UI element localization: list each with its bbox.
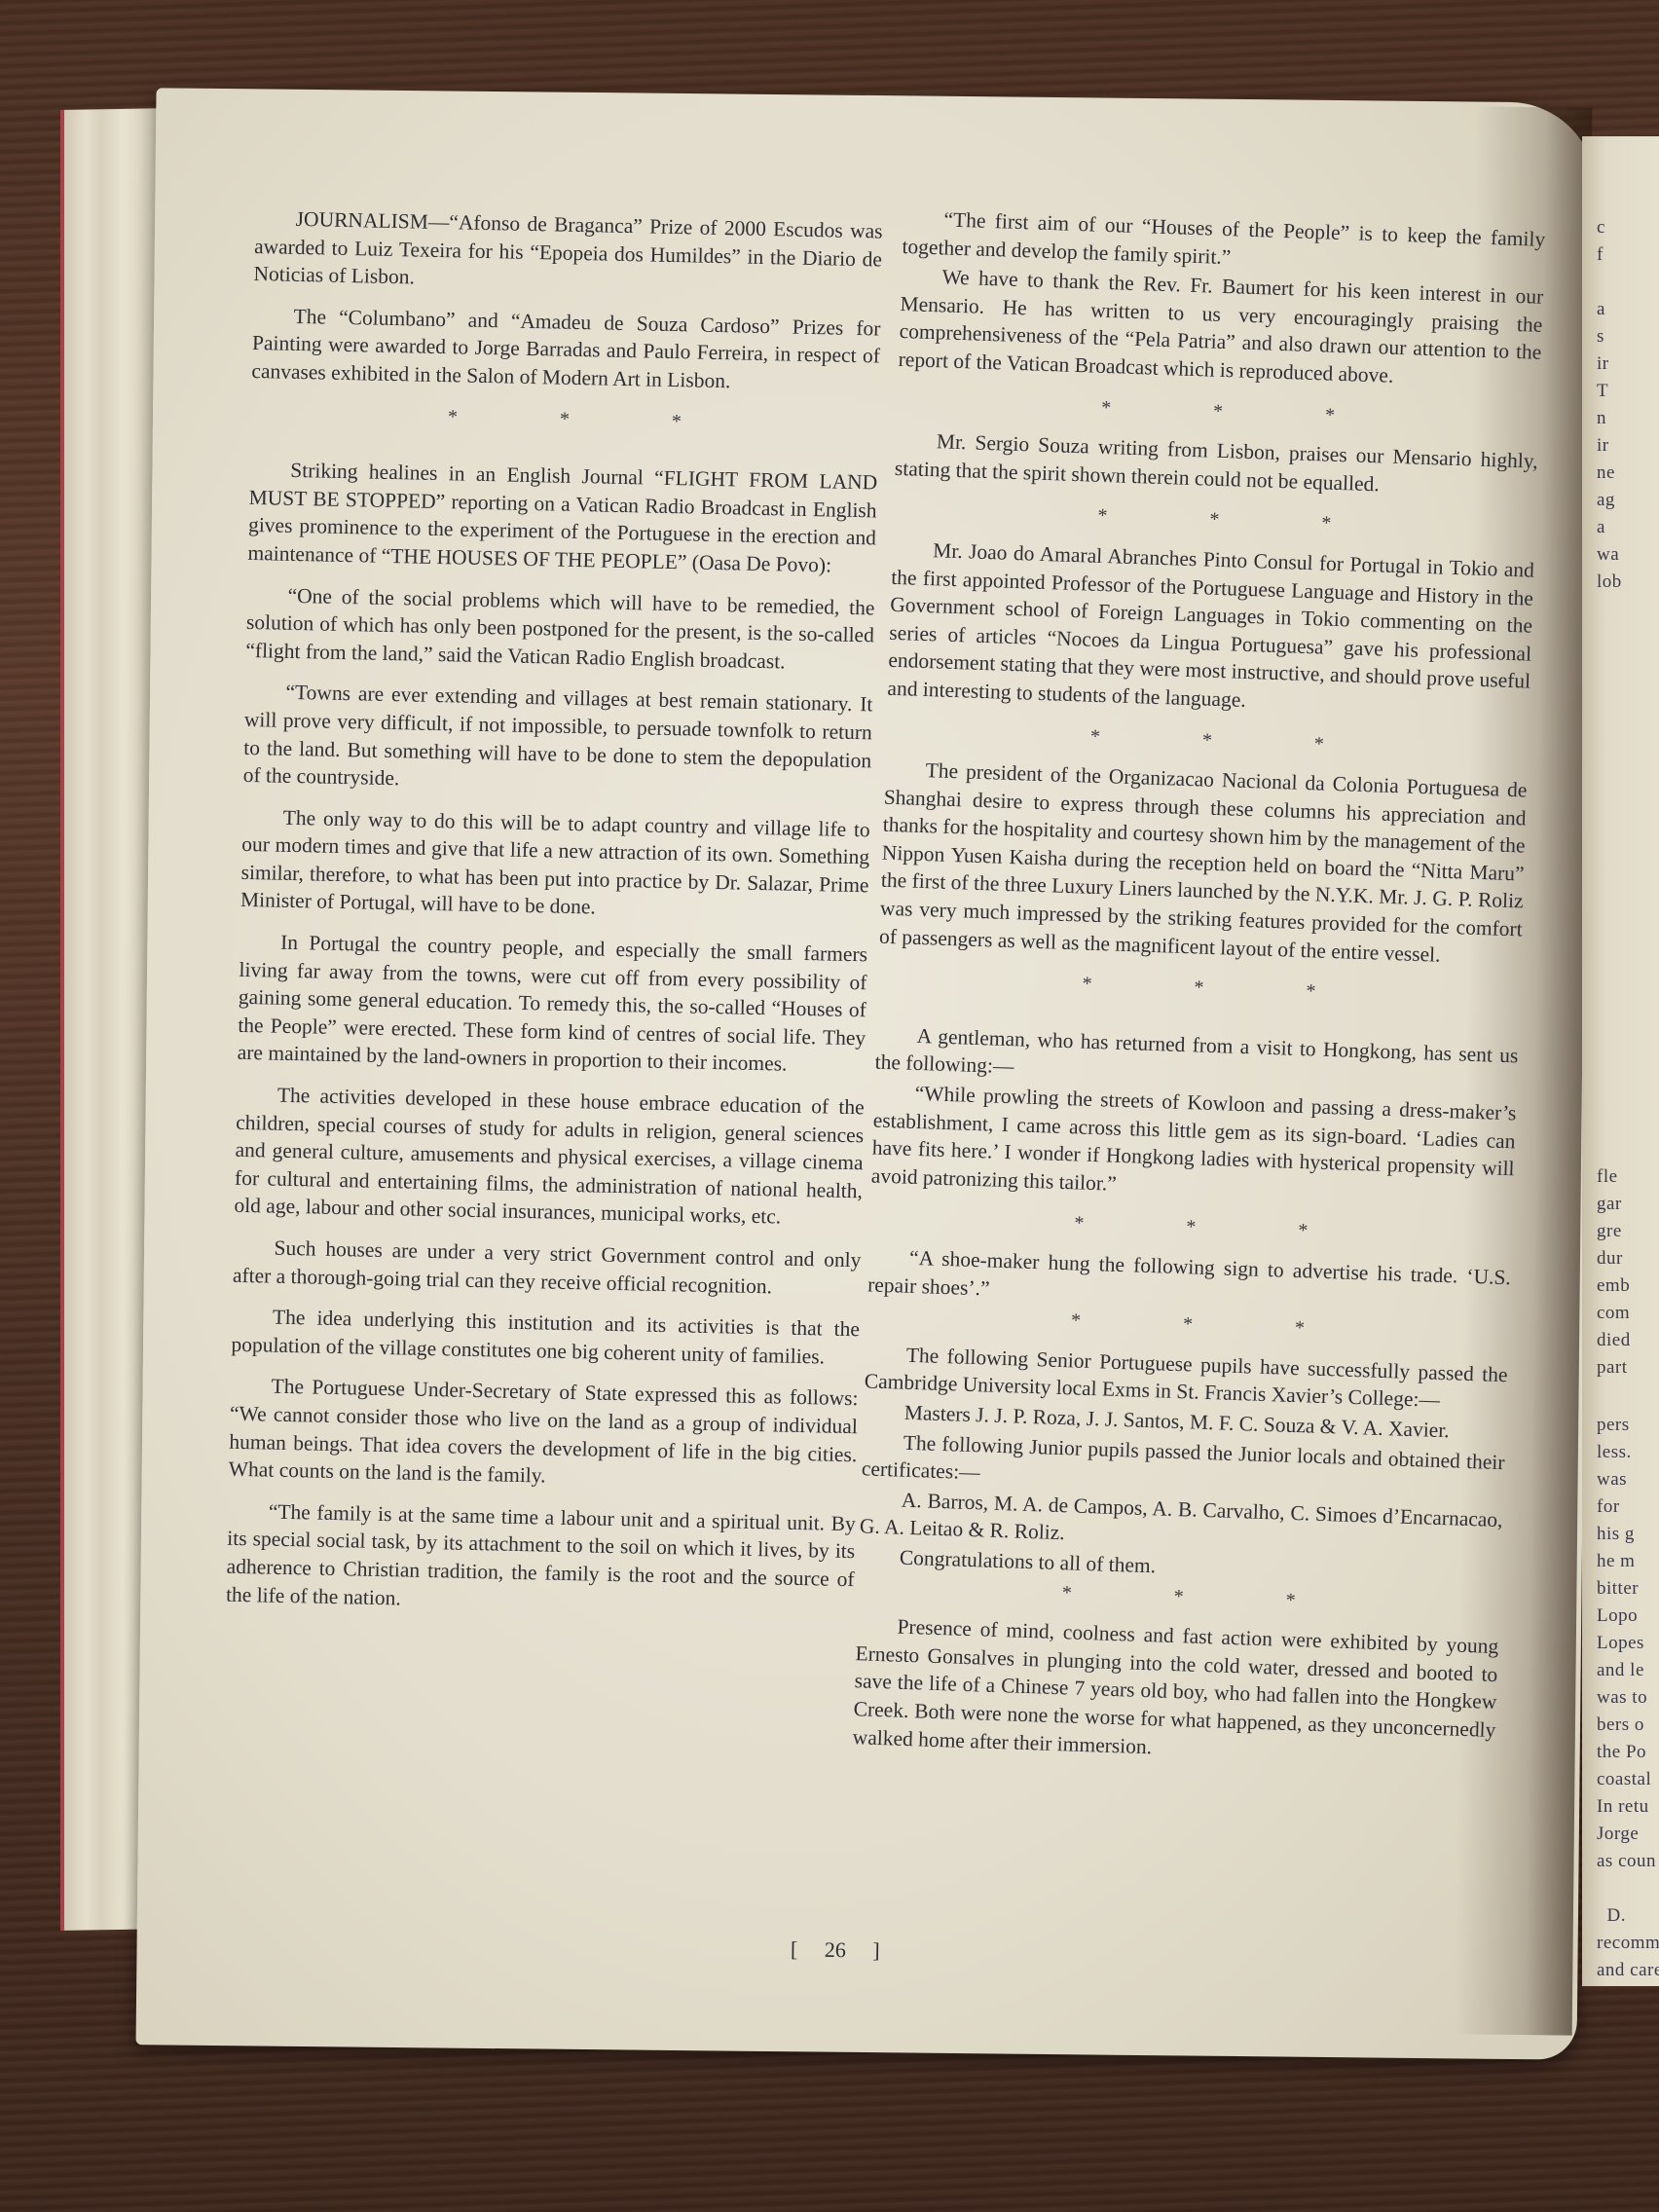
- quote-underlying-idea: The idea underlying this institution and…: [231, 1303, 860, 1372]
- asterisk-icon: *: [672, 408, 682, 436]
- baumert-thanks-paragraph: We have to thank the Rev. Fr. Baumert fo…: [898, 262, 1543, 394]
- asterisk-icon: *: [1201, 726, 1212, 755]
- next-page-fragment-middle: fle gar gre dur emb com died part: [1597, 1163, 1631, 1382]
- quote-activities: The activities developed in these house …: [234, 1081, 865, 1233]
- asterisk-icon: *: [1183, 1310, 1194, 1339]
- asterisk-icon: *: [1213, 397, 1224, 425]
- painting-prize-paragraph: The “Columbano” and “Amadeu de Souza Car…: [251, 302, 881, 398]
- asterisk-icon: *: [1194, 975, 1204, 1003]
- next-page-fragment-upper: c f a s ir T n ir ne ag a wa lob: [1597, 214, 1622, 596]
- asterisk-icon: *: [1071, 1308, 1082, 1336]
- right-column: “The first aim of our “Houses of the Peo…: [852, 204, 1546, 1786]
- asterisk-icon: *: [1074, 1210, 1085, 1238]
- ernesto-gonsalves-paragraph: Presence of mind, coolness and fast acti…: [852, 1611, 1498, 1772]
- quote-towns-extending: “Towns are ever extending and villages a…: [242, 678, 872, 802]
- asterisk-icon: *: [448, 403, 459, 431]
- asterisk-icon: *: [1285, 1586, 1296, 1614]
- quote-family-unit: “The family is at the same time a labour…: [226, 1496, 856, 1621]
- left-column: JOURNALISM—“Afonso de Braganca” Prize of…: [226, 204, 883, 1635]
- asterisk-icon: *: [1090, 722, 1101, 751]
- asterisk-icon: *: [1173, 1583, 1184, 1611]
- asterisk-icon: *: [1097, 502, 1108, 531]
- quote-adapt-country-life: The only way to do this will be to adapt…: [240, 803, 870, 928]
- asterisk-icon: *: [1321, 510, 1332, 538]
- page-number: [ 26 ]: [791, 1936, 880, 1963]
- asterisk-icon: *: [1186, 1214, 1197, 1242]
- asterisk-icon: *: [1313, 730, 1324, 758]
- asterisk-icon: *: [1061, 1579, 1072, 1607]
- shanghai-colonia-paragraph: The president of the Organizacao Naciona…: [879, 756, 1528, 972]
- quote-government-control: Such houses are under a very strict Gove…: [233, 1234, 862, 1303]
- quote-portugal-country-people: In Portugal the country people, and espe…: [237, 928, 867, 1080]
- quote-under-secretary: The Portuguese Under-Secretary of State …: [228, 1372, 858, 1496]
- consul-tokio-paragraph: Mr. Joao do Amaral Abranches Pinto Consu…: [887, 535, 1534, 723]
- asterisk-icon: *: [1325, 401, 1336, 429]
- quote-social-problems: “One of the social problems which will h…: [245, 580, 875, 677]
- sergio-souza-paragraph: Mr. Sergio Souza writing from Lisbon, pr…: [895, 426, 1539, 503]
- kowloon-dressmaker-quote: “While prowling the streets of Kowloon a…: [870, 1079, 1516, 1211]
- next-page-fragment-lower: pers less. was for his g he m bitter Lop…: [1597, 1412, 1659, 1984]
- section-separator: * * *: [877, 964, 1521, 1013]
- vatican-broadcast-intro: Striking healines in an English Journal …: [247, 456, 877, 580]
- journalism-prize-paragraph: JOURNALISM—“Afonso de Braganca” Prize of…: [253, 204, 883, 301]
- asterisk-icon: *: [1101, 393, 1112, 422]
- asterisk-icon: *: [560, 405, 571, 433]
- asterisk-icon: *: [1294, 1314, 1305, 1343]
- asterisk-icon: *: [1082, 971, 1092, 999]
- asterisk-icon: *: [1209, 506, 1220, 535]
- asterisk-icon: *: [1298, 1217, 1309, 1245]
- section-separator: * * *: [250, 399, 878, 440]
- asterisk-icon: *: [1306, 977, 1316, 1006]
